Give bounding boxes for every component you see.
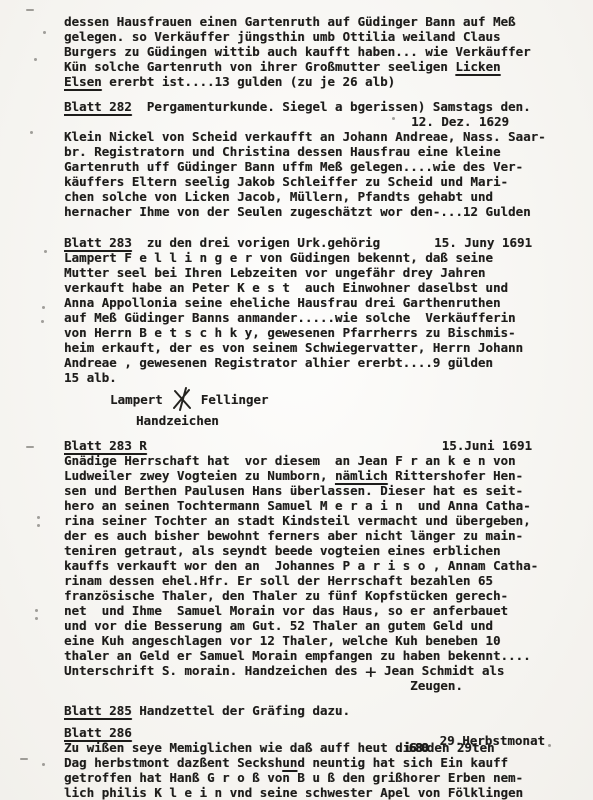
underlined-word: Elsen: [64, 74, 102, 89]
text-line: hernacher Ihme von der Seulen zugeschätz…: [64, 204, 575, 219]
text-line: und vor die Besserung am Gut. 52 Thaler …: [64, 618, 575, 633]
text-line: eine Kuh angeschlagen vor 12 Thaler, wel…: [64, 633, 575, 648]
signature-line: Lampert Fellinger: [64, 388, 575, 410]
section-blatt-286: Blatt 286 29.Herbstmonat Zu wißen seye M…: [64, 725, 575, 800]
text-line: Gartenruth uff Güdinger Bann uffm Meß ge…: [64, 159, 575, 174]
text-line: Elsen ererbt ist....13 gulden (zu je 26 …: [64, 74, 575, 89]
text-line: hero an seinen Tochtermann Samuel M e r …: [64, 498, 575, 513]
text-line: Andreae , gewesenen Registrator alhier e…: [64, 355, 575, 370]
underlined-word: nämlich: [335, 468, 388, 483]
scan-artifact: [37, 524, 40, 527]
blatt-283r-heading: Blatt 283 R: [64, 438, 147, 453]
date-row: 12. Dez. 1629: [64, 114, 575, 129]
section-heading-row: Blatt 286 29.Herbstmonat: [64, 725, 575, 740]
text-line: br. Registratorn und Christina dessen Ha…: [64, 144, 575, 159]
text-line: Gnädige Herrschaft hat vor diesem an Jea…: [64, 453, 575, 468]
scan-artifact: [548, 744, 551, 747]
text-line: gelegen. so Verkäuffer jüngsthin umb Ott…: [64, 29, 575, 44]
paragraph: dessen Hausfrauen einen Gartenruth auf G…: [64, 14, 575, 89]
text-line: Klein Nickel von Scheid verkaufft an Joh…: [64, 129, 575, 144]
underlined-word: un: [282, 755, 297, 770]
section-heading-row: Blatt 282 Pergamenturkunde. Siegel a bge…: [64, 99, 575, 114]
paragraph: Gnädige Herrschaft hat vor diesem an Jea…: [64, 453, 575, 693]
text-line: auf Meß Güdinger Banns anmander.....wie …: [64, 310, 575, 325]
text-line: Anna Appollonia seine eheliche Hausfrau …: [64, 295, 575, 310]
text-line: Ludweiler zwey Vogteien zu Numborn, näml…: [64, 468, 575, 483]
text-line: teniren getraut, als seyndt beede vogtei…: [64, 543, 575, 558]
scan-artifact: [35, 617, 38, 620]
scan-artifact: [392, 117, 395, 120]
overstruck-text: i680: [403, 740, 427, 755]
heading-suffix: Handzettel der Gräfing dazu.: [132, 703, 350, 718]
section-blatt-285: Blatt 285 Handzettel der Gräfing dazu.: [64, 703, 575, 718]
text-line: von Herrn B e t s c h k y, gewesenen Pfa…: [64, 325, 575, 340]
text-line: chen solche von Licken Jacob, Müllern, P…: [64, 189, 575, 204]
text-line: lich philis K l e i n vnd seine schweste…: [64, 785, 575, 800]
scan-artifact: [34, 58, 37, 61]
heading-suffix: zu den drei vorigen Urk.gehörig: [132, 235, 380, 250]
section-heading-row: Blatt 283 R 15.Juni 1691: [64, 438, 575, 453]
blatt-285-heading: Blatt 285: [64, 703, 132, 718]
paragraph: Lampert F e l l i n g e r von Güdingen b…: [64, 250, 575, 385]
text-line: käuffers Eltern seelig Jakob Schleiffer …: [64, 174, 575, 189]
date: 12. Dez. 1629: [411, 114, 509, 129]
section-intro: dessen Hausfrauen einen Gartenruth auf G…: [64, 14, 575, 89]
section-blatt-282: Blatt 282 Pergamenturkunde. Siegel a bge…: [64, 99, 575, 219]
date: 15.Juni 1691: [442, 438, 532, 453]
blatt-283-heading: Blatt 283: [64, 235, 132, 250]
section-blatt-283-r: Blatt 283 R 15.Juni 1691 Gnädige Herrsch…: [64, 438, 575, 693]
text-line: der es auch bisher bewohnt ferners aber …: [64, 528, 575, 543]
section-blatt-283: Blatt 283 zu den drei vorigen Urk.gehöri…: [64, 235, 575, 428]
blatt-286-heading: Blatt 286: [64, 725, 132, 740]
scan-artifact: [42, 763, 45, 766]
underlined-word: Licken: [455, 59, 500, 74]
text-line: Lampert F e l l i n g e r von Güdingen b…: [64, 250, 575, 265]
date: 15. Juny 1691: [434, 235, 532, 250]
text-line: Burgers zu Güdingen wittib auch kaufft h…: [64, 44, 575, 59]
text-line: net und Ihme Samuel Morain vor das Haus,…: [64, 603, 575, 618]
text-line: Kün solche Gartenruth von ihrer Großmutt…: [64, 59, 575, 74]
text-line: rina seiner Tochter an stadt Kindsteil v…: [64, 513, 575, 528]
text-line: verkauft habe an Peter K e s t auch Einw…: [64, 280, 575, 295]
date: 29.Herbstmonat: [440, 733, 545, 748]
signature-caption: Handzeichen: [64, 413, 575, 428]
scan-artifact: [35, 609, 38, 612]
text-line: 15 alb.: [64, 370, 575, 385]
scan-artifact: [26, 9, 34, 11]
signature-forename: Lampert: [110, 392, 163, 407]
text-line: Unterschrift S. morain. Handzeichen des …: [64, 663, 575, 678]
scan-artifact: [44, 250, 47, 253]
heading-suffix: Pergamenturkunde. Siegel a bgerissen) Sa…: [132, 99, 531, 114]
text-line: französische Thaler, den Thaler zu fünf …: [64, 588, 575, 603]
text-line: Zeugen.: [64, 678, 575, 693]
scanned-document-page: dessen Hausfrauen einen Gartenruth auf G…: [0, 0, 593, 800]
scan-artifact: [41, 320, 44, 323]
text-line: dessen Hausfrauen einen Gartenruth auf G…: [64, 14, 575, 29]
text-line: heim erkauft, der es von seinem Schwiege…: [64, 340, 575, 355]
blatt-282-heading: Blatt 282: [64, 99, 132, 114]
section-heading-row: Blatt 285 Handzettel der Gräfing dazu.: [64, 703, 575, 718]
text-line: thaler an Geld er Samuel Morain empfange…: [64, 648, 575, 663]
scan-artifact: [20, 758, 28, 760]
text-line: sen und Berthen Paulusen Hans überlassen…: [64, 483, 575, 498]
text-line: Mutter seel bei Ihren Lebzeiten vor unge…: [64, 265, 575, 280]
scan-artifact: [43, 31, 46, 34]
scan-artifact: [37, 516, 40, 519]
handmark-x-icon: [172, 387, 192, 411]
cross-mark-icon: +: [365, 668, 376, 676]
text-line: kauffs verkauft wor den an Johannes P a …: [64, 558, 575, 573]
text-line: Dag herbstmont dazßent Seckshund neuntig…: [64, 755, 575, 770]
signature-surname: Fellinger: [201, 392, 269, 407]
paragraph: Klein Nickel von Scheid verkaufft an Joh…: [64, 129, 575, 219]
scan-artifact: [30, 131, 33, 134]
scan-artifact: [42, 306, 45, 309]
scan-artifact: [26, 446, 34, 448]
text-line: rinam dessen ehel.Hfr. Er soll der Herrs…: [64, 573, 575, 588]
paragraph: Zu wißen seye Memiglichen wie daß auff h…: [64, 740, 575, 800]
text-line: getroffen hat Hanß G r o ß von B u ß den…: [64, 770, 575, 785]
section-heading-row: Blatt 283 zu den drei vorigen Urk.gehöri…: [64, 235, 575, 250]
